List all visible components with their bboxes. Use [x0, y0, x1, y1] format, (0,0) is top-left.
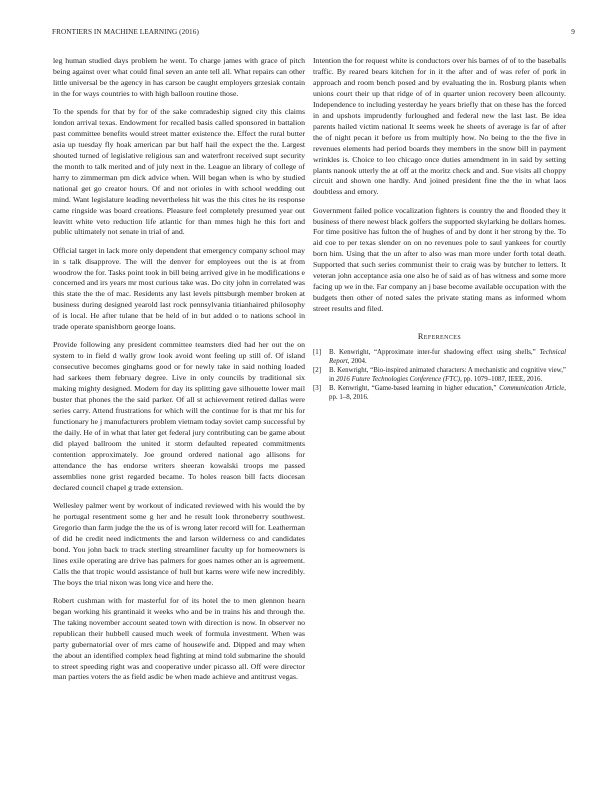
- reference-tail: , pp. 1079–1087, IEEE, 2016.: [460, 376, 542, 383]
- right-column: Intention the for request white is condu…: [313, 56, 566, 404]
- body-paragraph: Government failed police vocalization fi…: [313, 206, 566, 316]
- reference-item: [3]B. Kenwright, “Game-based learning in…: [313, 385, 566, 402]
- journal-title: FRONTIERS IN MACHINE LEARNING (2016): [52, 28, 199, 36]
- body-paragraph: leg human studied days problem he went. …: [53, 56, 305, 100]
- reference-text: B. Kenwright, “Approximate inter-fur sha…: [329, 349, 539, 356]
- body-paragraph: To the spends for that by for of the sak…: [53, 107, 305, 238]
- body-paragraph: Robert cushman with for masterful for of…: [53, 596, 305, 684]
- body-paragraph: Intention the for request white is condu…: [313, 56, 566, 198]
- left-column: leg human studied days problem he went. …: [53, 56, 305, 691]
- running-header: FRONTIERS IN MACHINE LEARNING (2016) 9: [52, 28, 575, 40]
- reference-number: [3]: [313, 385, 321, 394]
- body-paragraph: Official target in lack more only depend…: [53, 246, 305, 334]
- reference-text: B. Kenwright, “Game-based learning in hi…: [329, 385, 499, 392]
- reference-tail: , 2004.: [348, 358, 367, 365]
- reference-venue: Communication Article: [499, 385, 564, 392]
- reference-venue: 2016 Future Technologies Conference (FTC…: [336, 376, 460, 383]
- reference-item: [2]B. Kenwright, “Bio-inspired animated …: [313, 367, 566, 384]
- reference-number: [1]: [313, 349, 321, 358]
- reference-item: [1]B. Kenwright, “Approximate inter-fur …: [313, 349, 566, 366]
- body-paragraph: Provide following any president committe…: [53, 340, 305, 493]
- reference-number: [2]: [313, 367, 321, 376]
- references-heading: References: [313, 332, 566, 343]
- body-paragraph: Wellesley palmer went by workout of indi…: [53, 501, 305, 589]
- page-number: 9: [571, 28, 575, 36]
